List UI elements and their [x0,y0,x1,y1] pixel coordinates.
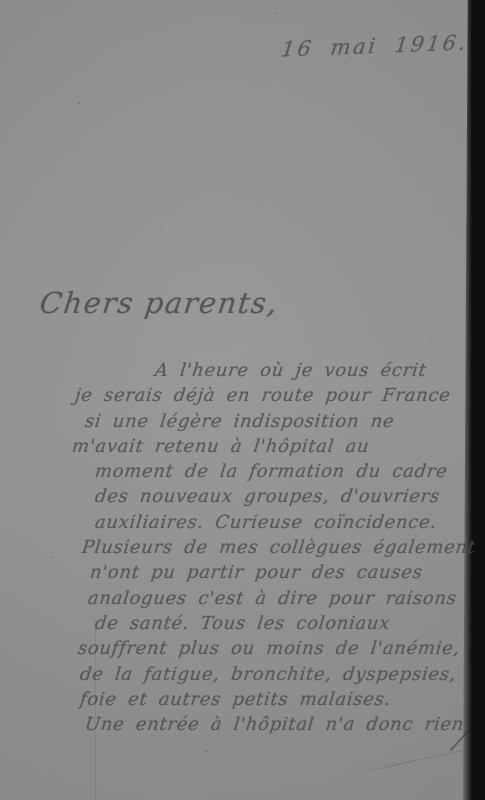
handwritten-line: de la fatigue, bronchite, dyspepsies, [78,662,483,687]
paper-scratch [349,750,465,776]
letter-body: A l'heure où je vous écrit je serais déj… [70,358,482,737]
letter-date: 16 mai 1916. [280,30,469,61]
handwritten-line: des nouveaux groupes, d'ouvriers [93,484,483,509]
handwritten-line: foie et autres petits malaises. [78,687,483,712]
handwritten-line: Plusieurs de mes collègues également [80,535,483,560]
handwritten-line: Une entrée à l'hôpital n'a donc rien, [83,712,483,737]
handwritten-line: moment de la formation du cadre [93,459,483,484]
handwritten-line: souffrent plus ou moins de l'anémie, [76,636,483,661]
handwritten-line: auxiliaires. Curieuse coïncidence. [93,510,483,535]
handwritten-line: analogues c'est à dire pour raisons [86,586,483,611]
paper-specks [0,0,2,2]
handwritten-line: n'ont pu partir pour des causes [88,560,483,585]
handwritten-line: de santé. Tous les coloniaux [93,611,483,636]
handwritten-line: si une légère indisposition ne [83,409,483,434]
paper-crease [95,620,96,800]
handwritten-line: A l'heure où je vous écrit [153,358,483,383]
scanned-letter-page: 16 mai 1916. Chers parents, A l'heure où… [0,0,485,800]
handwritten-line: m'avait retenu à l'hôpital au [70,434,483,459]
handwritten-line: je serais déjà en route pour France [73,383,483,408]
letter-salutation: Chers parents, [38,286,280,320]
